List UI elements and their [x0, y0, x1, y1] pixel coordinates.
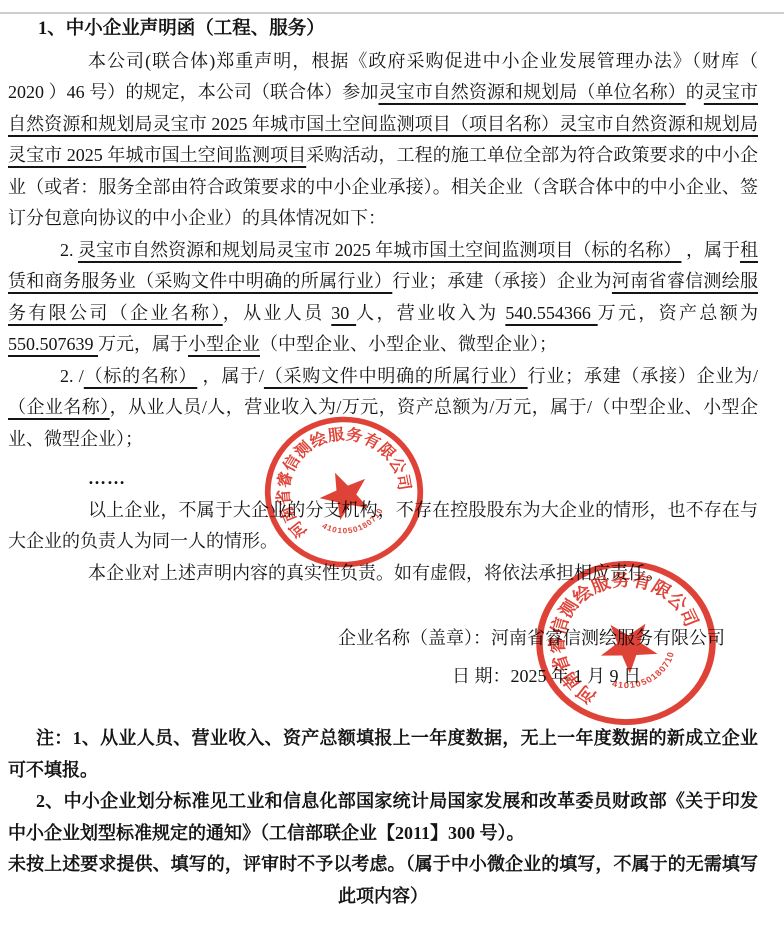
text-segment: （中型企业、小型企业、微型企业）； — [260, 334, 557, 354]
note-3: 未按上述要求提供、填写的，评审时不予以考虑。（属于中小微企业的填写，不属于的无需… — [8, 849, 758, 912]
text-segment: 万元，资产总额为 — [598, 303, 758, 323]
text-segment: ，从业人员/人，营业收入为/万元，资产总额为/万元，属于/（中型企业、小型企业、… — [8, 397, 758, 449]
page-top-divider — [0, 12, 784, 14]
paragraph-item-2-blank: 2. /（标的名称） ，属于/（采购文件中明确的所属行业）行业；承建（承接）企业… — [8, 361, 758, 456]
underlined-placeholder-enterprise: （企业名称） — [8, 397, 110, 417]
paragraph-responsibility: 本企业对上述声明内容的真实性负责。如有虚假，将依法承担相应责任。 — [8, 558, 758, 590]
document-title: 1、中小企业声明函（工程、服务） — [38, 14, 758, 46]
declaration-document: 1、中小企业声明函（工程、服务） 本公司(联合体)郑重声明，根据《政府采购促进中… — [0, 0, 784, 940]
text-segment: 行业；承建（承接）企业为 — [392, 271, 612, 291]
notes-section: 注：1、从业人员、营业收入、资产总额填报上一年度数据，无上一年度数据的新成立企业… — [8, 723, 758, 912]
text-segment: 人，营业收入为 — [356, 303, 505, 323]
signature-company-line: 企业名称（盖章）：河南省睿信测绘服务有限公司 — [338, 623, 758, 655]
underlined-field-revenue: 540.554366 — [505, 303, 597, 323]
text-segment: 万元，属于 — [98, 334, 188, 354]
text-segment: 2. — [60, 240, 78, 260]
text-segment: ，属于 — [681, 240, 740, 260]
paragraph-item-2-filled: 2. 灵宝市自然资源和规划局灵宝市 2025 年城市国土空间监测项目（标的名称）… — [8, 235, 758, 361]
text-segment: 的 — [686, 82, 704, 102]
note-1: 注：1、从业人员、营业收入、资产总额填报上一年度数据，无上一年度数据的新成立企业… — [8, 723, 758, 786]
underlined-placeholder-industry: （采购文件中明确的所属行业） — [264, 366, 528, 386]
underlined-field-assets: 550.507639 — [8, 334, 98, 354]
signature-date-line: 日 期：2025 年 1 月 9 日 — [452, 661, 758, 693]
underlined-placeholder-subject: （标的名称） — [84, 366, 197, 386]
paragraph-not-large-enterprise: 以上企业，不属于大企业的分支机构，不存在控股股东为大企业的情形，也不存在与大企业… — [8, 495, 758, 558]
note-2: 2、中小企业划分标准见工业和信息化部国家统计局国家发展和改革委员财政部《关于印发… — [8, 786, 758, 849]
underlined-field-employees: 30 — [331, 303, 356, 323]
text-segment: 行业；承建（承接）企业为/ — [528, 366, 758, 386]
text-segment: ，从业人员 — [223, 303, 332, 323]
underlined-field-enterprise-type: 小型企业 — [188, 334, 260, 354]
text-segment: ，属于/ — [197, 366, 264, 386]
underlined-field-purchaser-name: 灵宝市自然资源和规划局（单位名称） — [378, 82, 685, 102]
ellipsis-line: …… — [8, 463, 758, 495]
underlined-field-subject-name: 灵宝市自然资源和规划局灵宝市 2025 年城市国土空间监测项目（标的名称） — [78, 240, 681, 260]
text-segment: 2. / — [60, 366, 84, 386]
paragraph-intro: 本公司(联合体)郑重声明，根据《政府采购促进中小企业发展管理办法》（财库（ 20… — [8, 46, 758, 235]
